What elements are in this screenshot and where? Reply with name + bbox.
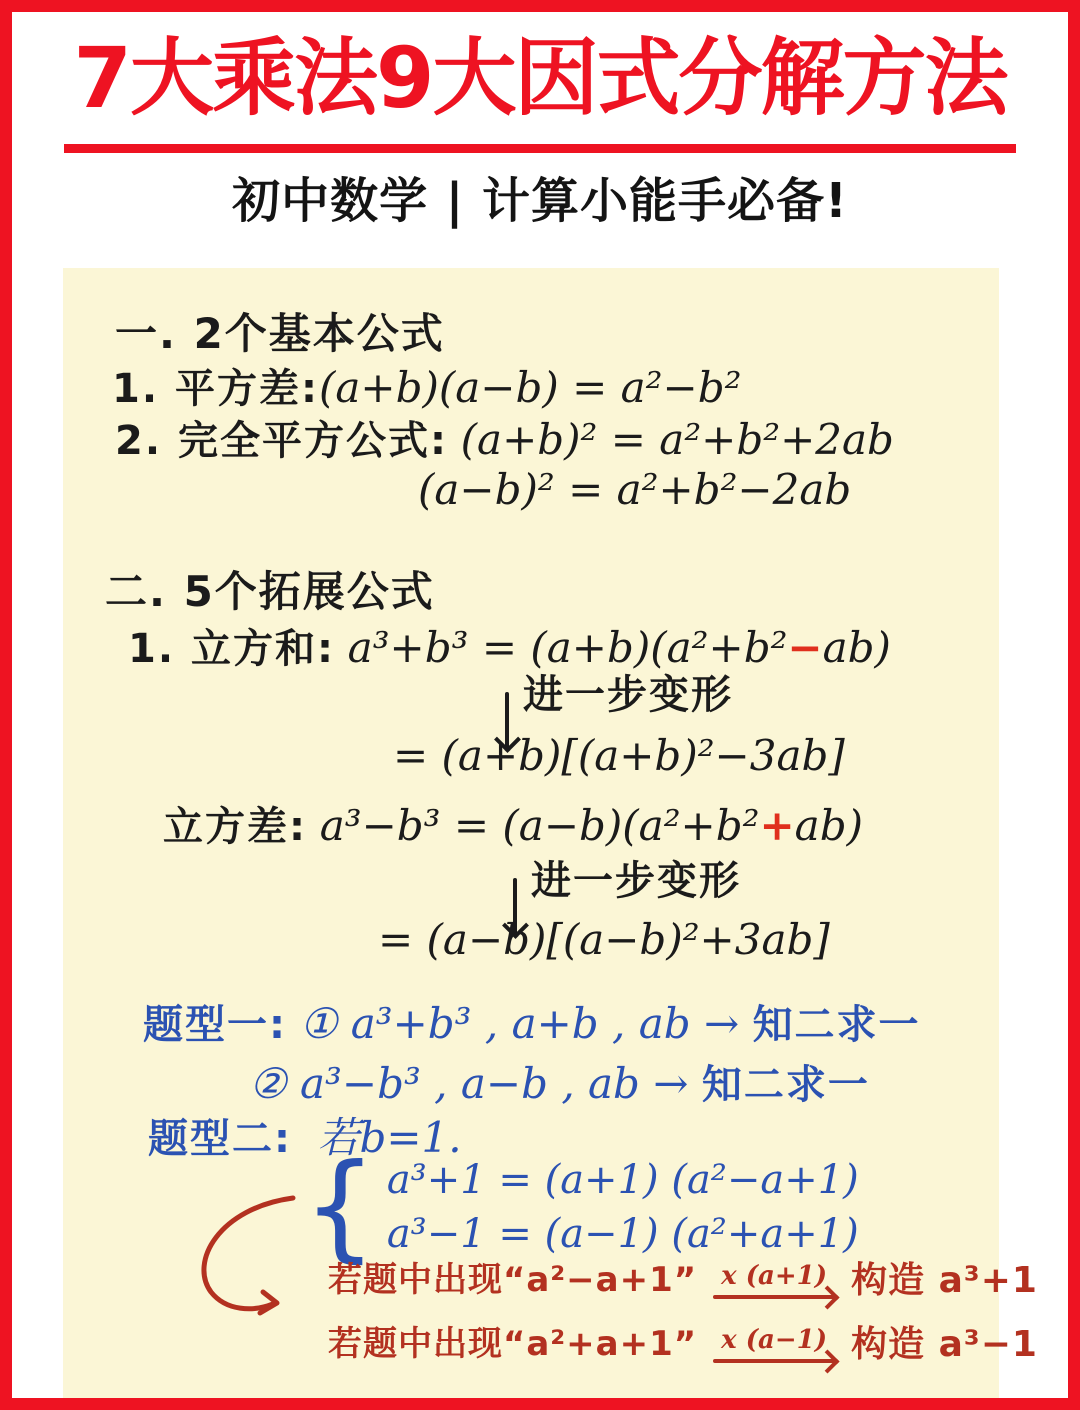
labeled-arrow: x (a−1) [713,1327,835,1363]
page-subtitle: 初中数学 | 计算小能手必备! [12,175,1068,228]
brace-icon: { [303,1152,377,1262]
factor-cases: a³+1 = (a+1) (a²−a+1) a³−1 = (a−1) (a²+a… [387,1153,859,1261]
cube-difference-expanded-line: = (a−b)[(a−b)²+3ab] [378,916,830,964]
construction-tip-2: 若题中出现“a²+a+1” x (a−1) 构造 a³−1 [328,1324,1038,1365]
problem-type1-line2: ② a³−b³ , a−b , ab → 知二求一 [249,1060,870,1108]
right-arrow-icon [713,1295,835,1299]
problem-type1-line: 题型一: ① a³+b³ , a+b , ab → 知二求一 [143,1000,921,1048]
factor-case-2: a³−1 = (a−1) (a²+a+1) [387,1207,859,1261]
page-title: 7大乘法9大因式分解方法 [12,34,1068,122]
section2-heading: 二. 5个拓展公式 [105,568,435,616]
title-divider [64,144,1016,153]
perfect-square-line2: (a−b)² = a²+b²−2ab [418,466,851,514]
cube-difference-line: 立方差: a³−b³ = (a−b)(a²+b²+ab) [163,802,863,850]
poster-page: 7大乘法9大因式分解方法 初中数学 | 计算小能手必备! 一. 2个基本公式 1… [0,0,1080,1410]
factor-case-1: a³+1 = (a+1) (a²−a+1) [387,1153,859,1207]
section1-heading: 一. 2个基本公式 [115,310,445,358]
cube-sum-line: 1. 立方和: a³+b³ = (a+b)(a²+b²−ab) [128,624,891,672]
notes-panel: 一. 2个基本公式 1. 平方差:(a+b)(a−b) = a²−b² 2. 完… [63,268,999,1398]
construction-tip-1: 若题中出现“a²−a+1” x (a+1) 构造 a³+1 [328,1260,1038,1301]
curved-arrow-icon [181,1190,306,1318]
perfect-square-line: 2. 完全平方公式: (a+b)² = a²+b²+2ab [115,416,894,464]
right-arrow-icon [713,1359,835,1363]
cube-sum-expanded-line: = (a+b)[(a+b)²−3ab] [393,732,845,780]
factor-case-system: { a³+1 = (a+1) (a²−a+1) a³−1 = (a−1) (a²… [303,1152,859,1262]
square-difference-line: 1. 平方差:(a+b)(a−b) = a²−b² [112,364,741,412]
labeled-arrow: x (a+1) [713,1263,835,1299]
